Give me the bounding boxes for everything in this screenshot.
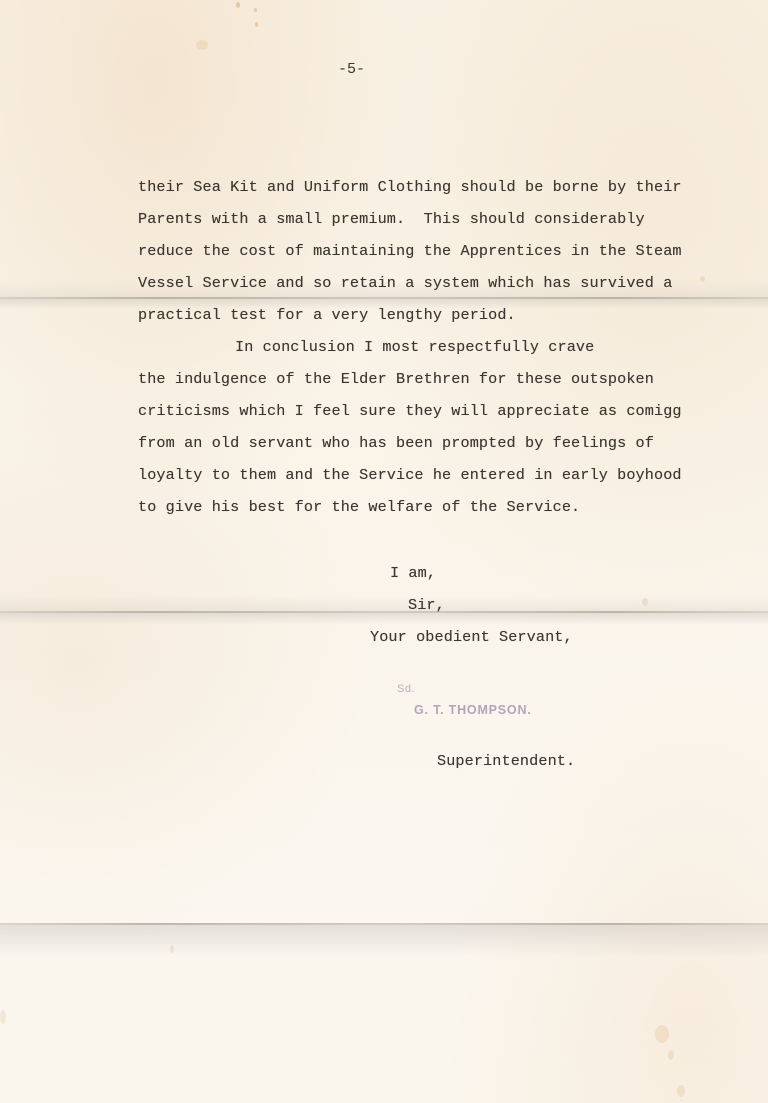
stamp-signed-prefix: Sd. [397, 683, 415, 695]
stain-mark [254, 8, 257, 12]
stain-mark [677, 1085, 685, 1097]
stain-mark [0, 1010, 6, 1024]
body-line: Parents with a small premium. This shoul… [138, 210, 645, 228]
fold-crease-shade [0, 595, 768, 611]
stain-mark [196, 40, 208, 50]
body-line: the indulgence of the Elder Brethren for… [138, 370, 654, 388]
body-line: loyalty to them and the Service he enter… [138, 466, 682, 484]
body-line: criticisms which I feel sure they will a… [138, 402, 682, 420]
body-line-indented: In conclusion I most respectfully crave [235, 338, 594, 356]
body-line: reduce the cost of maintaining the Appre… [138, 242, 682, 260]
body-line: their Sea Kit and Uniform Clothing shoul… [138, 178, 682, 196]
closing-salutation: Sir, [408, 596, 445, 614]
closing-servant: Your obedient Servant, [370, 628, 573, 646]
stain-mark [668, 1050, 674, 1060]
stain-mark [236, 2, 240, 8]
fold-crease-shadow [0, 925, 768, 957]
body-line: practical test for a very lengthy period… [138, 306, 516, 324]
page-number: -5- [338, 61, 365, 78]
body-line: from an old servant who has been prompte… [138, 434, 654, 452]
fold-crease-shadow [0, 613, 768, 625]
body-line: Vessel Service and so retain a system wh… [138, 274, 672, 292]
stain-mark [655, 1025, 669, 1043]
body-line: to give his best for the welfare of the … [138, 498, 580, 516]
stain-mark [255, 22, 258, 27]
closing-line: I am, [390, 564, 436, 582]
signatory-title: Superintendent. [437, 752, 575, 770]
stamp-signature-name: G. T. THOMPSON. [414, 703, 532, 717]
